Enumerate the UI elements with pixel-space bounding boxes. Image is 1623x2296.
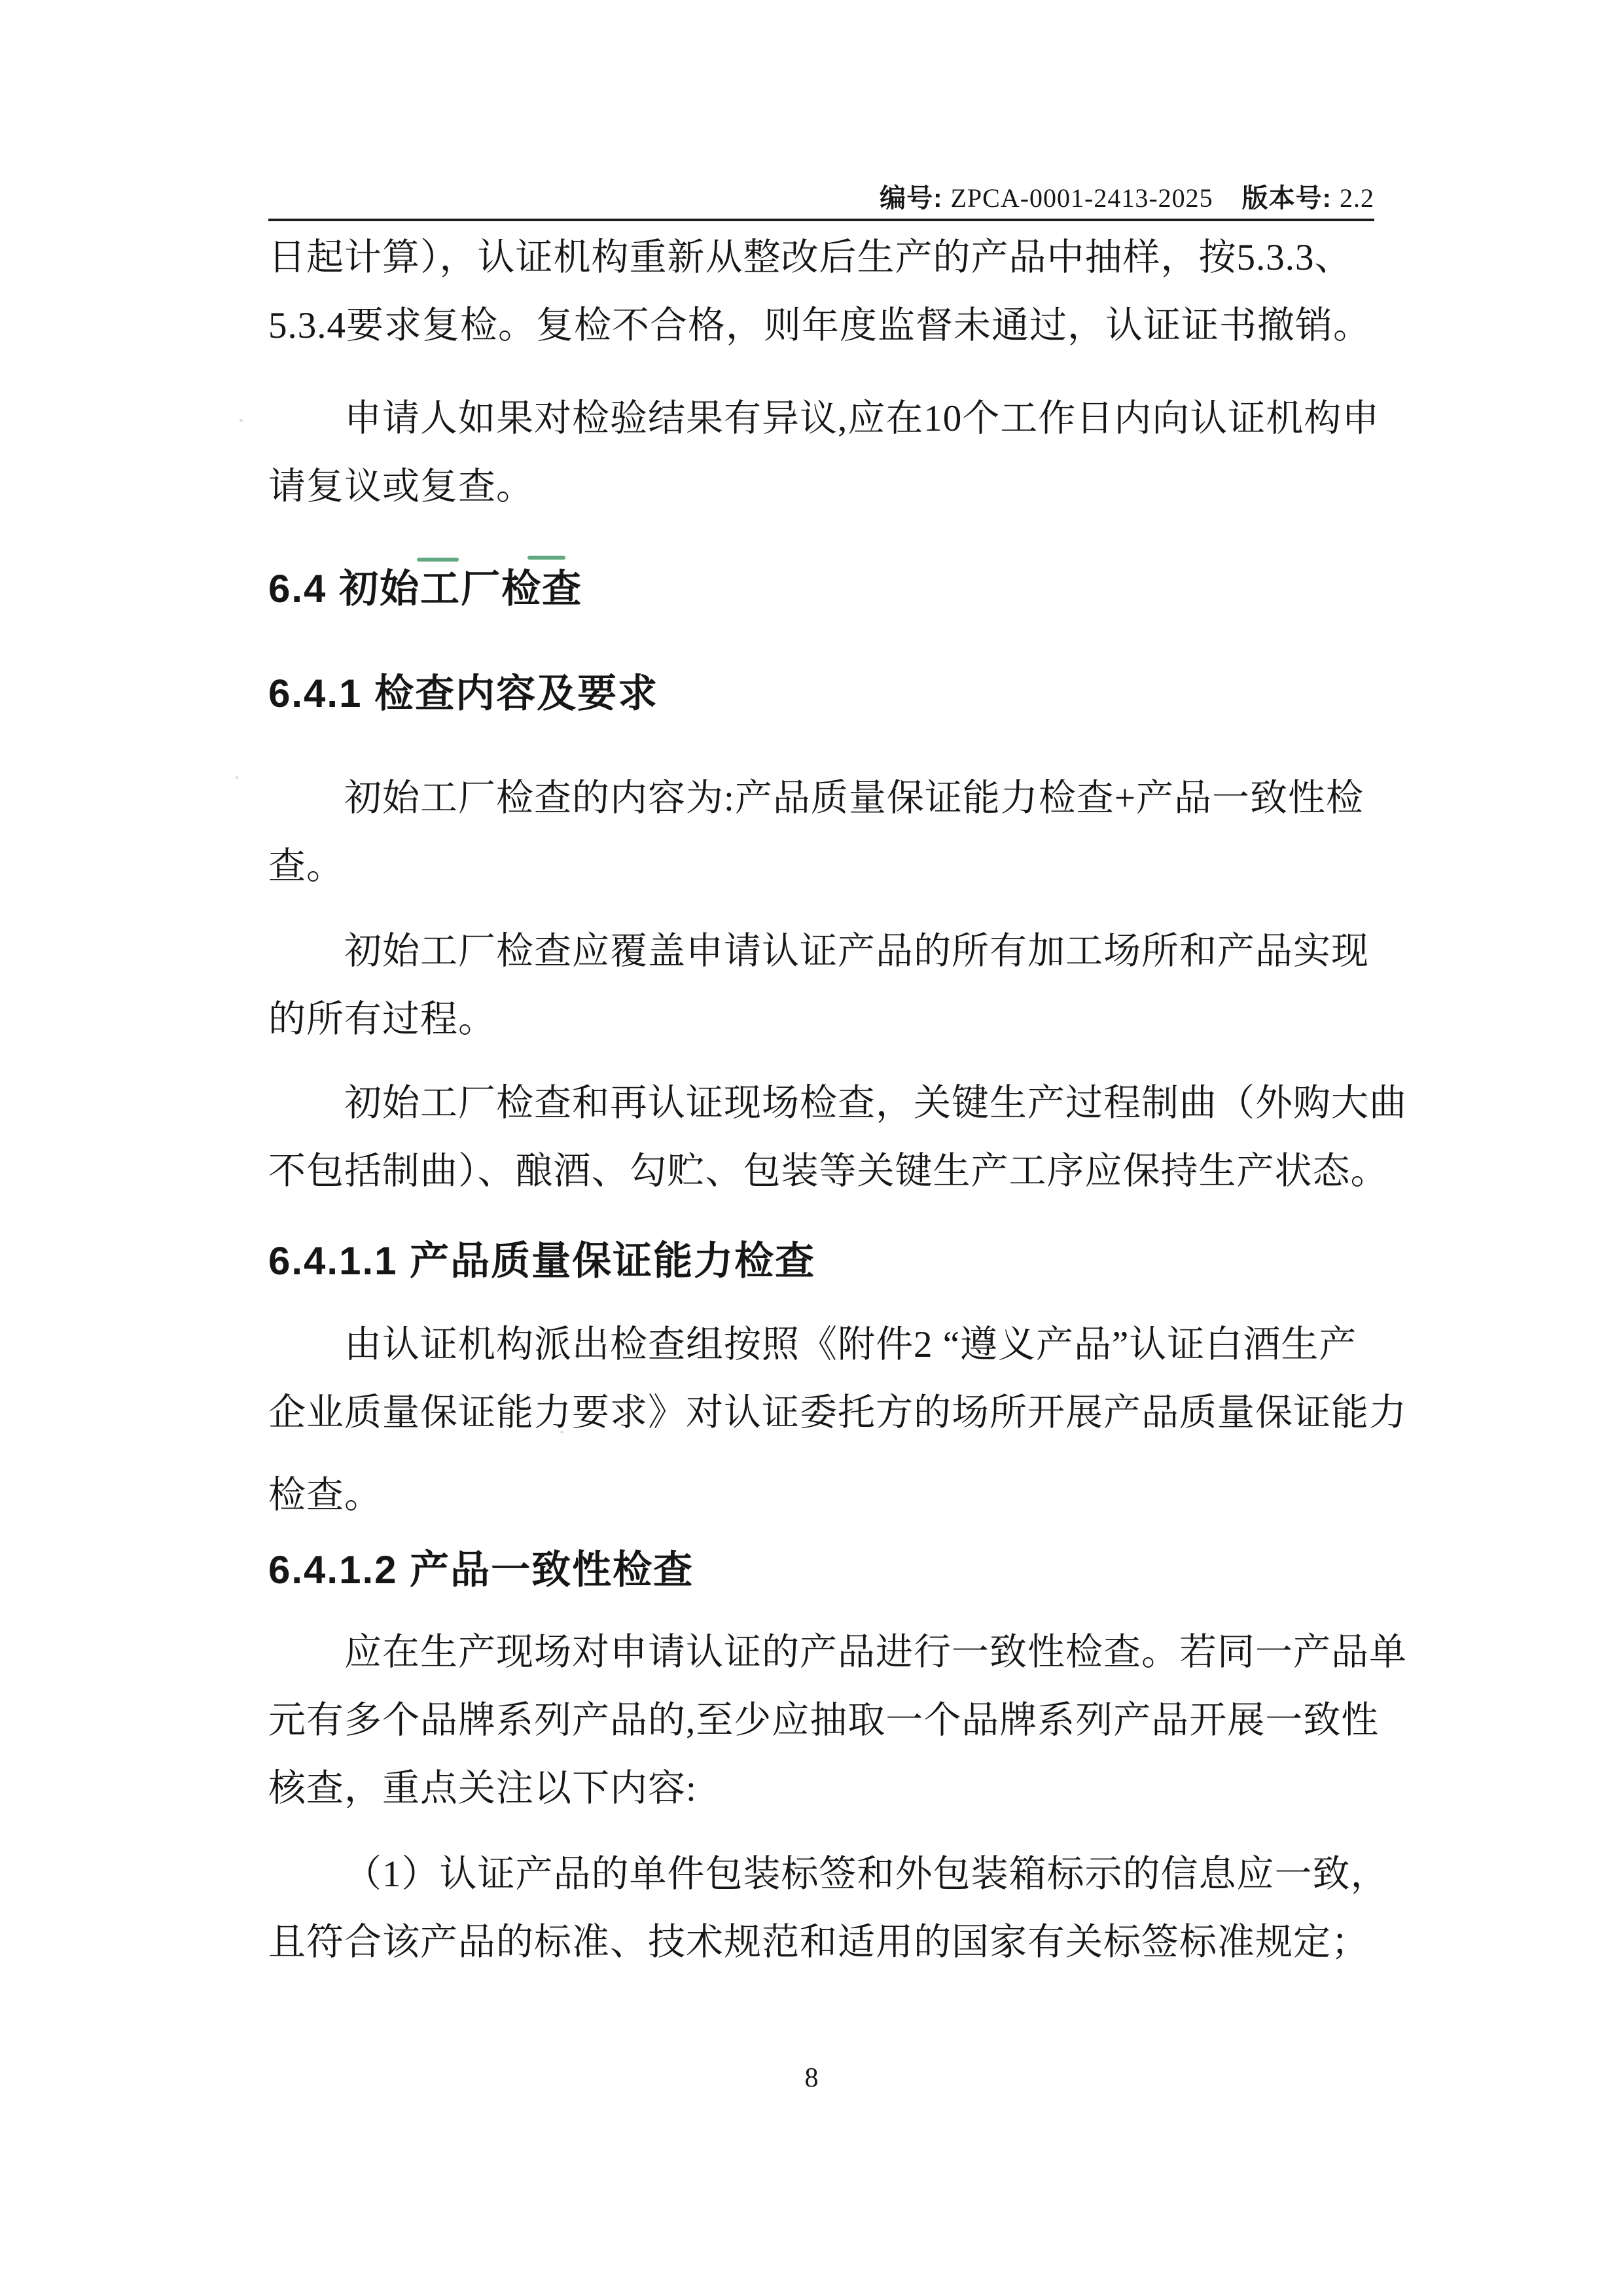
paragraph-line: 且符合该产品的标准、技术规范和适用的国家有关标签标准规定； — [268, 1909, 1374, 1977]
scan-speck — [560, 1431, 563, 1433]
version-value: 2.2 — [1340, 183, 1374, 213]
paragraph-line: （1）认证产品的单件包装标签和外包装箱标示的信息应一致， — [268, 1840, 1374, 1909]
paragraph-line: 元有多个品牌系列产品的,至少应抽取一个品牌系列产品开展一致性 — [268, 1687, 1374, 1755]
scan-speck — [236, 776, 238, 779]
paragraph-line: 5.3.4要求复检。复检不合格，则年度监督未通过，认证证书撤销。 — [268, 292, 1374, 360]
paragraph-line: 检查。 — [268, 1462, 1374, 1530]
section-heading-6-4-1: 6.4.1 检查内容及要求 — [268, 660, 1374, 728]
section-heading-6-4-1-2: 6.4.1.2 产品一致性检查 — [268, 1536, 1374, 1604]
paragraph-line: 初始工厂检查和再认证现场检查，关键生产过程制曲（外购大曲 — [268, 1069, 1374, 1138]
paragraph-line: 不包括制曲）、酿酒、勾贮、包装等关键生产工序应保持生产状态。 — [268, 1138, 1374, 1206]
paragraph-line: 企业质量保证能力要求》对认证委托方的场所开展产品质量保证能力 — [268, 1379, 1374, 1447]
paragraph-line: 核查，重点关注以下内容: — [268, 1755, 1374, 1823]
page-number: 8 — [0, 2062, 1623, 2094]
scan-speck — [240, 419, 243, 422]
scanned-document-page: 编号:ZPCA-0001-2413-2025版本号:2.2 日起计算），认证机构… — [0, 0, 1623, 2296]
paragraph-line: 日起计算），认证机构重新从整改后生产的产品中抽样，按5.3.3、 — [268, 224, 1374, 292]
paragraph-line: 的所有过程。 — [268, 986, 1374, 1054]
paragraph-line: 初始工厂检查应覆盖申请认证产品的所有加工场所和产品实现 — [268, 918, 1374, 986]
doc-number-value: ZPCA-0001-2413-2025 — [950, 183, 1213, 213]
document-header: 编号:ZPCA-0001-2413-2025版本号:2.2 — [268, 183, 1374, 213]
paragraph-line: 由认证机构派出检查组按照《附件2 “遵义产品”认证白酒生产 — [268, 1311, 1374, 1379]
scan-artifact-green — [417, 558, 459, 562]
document-body: 日起计算），认证机构重新从整改后生产的产品中抽样，按5.3.3、 5.3.4要求… — [268, 224, 1374, 1977]
version-label: 版本号: — [1242, 184, 1332, 213]
scan-speck — [1365, 1097, 1368, 1100]
paragraph-line: 初始工厂检查的内容为:产品质量保证能力检查+产品一致性检 — [268, 764, 1374, 833]
paragraph-line: 应在生产现场对申请认证的产品进行一致性检查。若同一产品单 — [268, 1619, 1374, 1687]
section-heading-6-4-1-1: 6.4.1.1 产品质量保证能力检查 — [268, 1227, 1374, 1295]
document-content: 编号:ZPCA-0001-2413-2025版本号:2.2 日起计算），认证机构… — [268, 183, 1374, 1977]
paragraph-line: 请复议或复查。 — [268, 453, 1374, 521]
scan-artifact-green — [527, 556, 565, 560]
doc-number-label: 编号: — [880, 184, 942, 213]
paragraph-line: 申请人如果对检验结果有异议,应在10个工作日内向认证机构申 — [268, 385, 1374, 453]
header-rule — [268, 219, 1374, 221]
paragraph-line: 查。 — [268, 833, 1374, 901]
section-heading-6-4: 6.4 初始工厂检查 — [268, 555, 1374, 623]
